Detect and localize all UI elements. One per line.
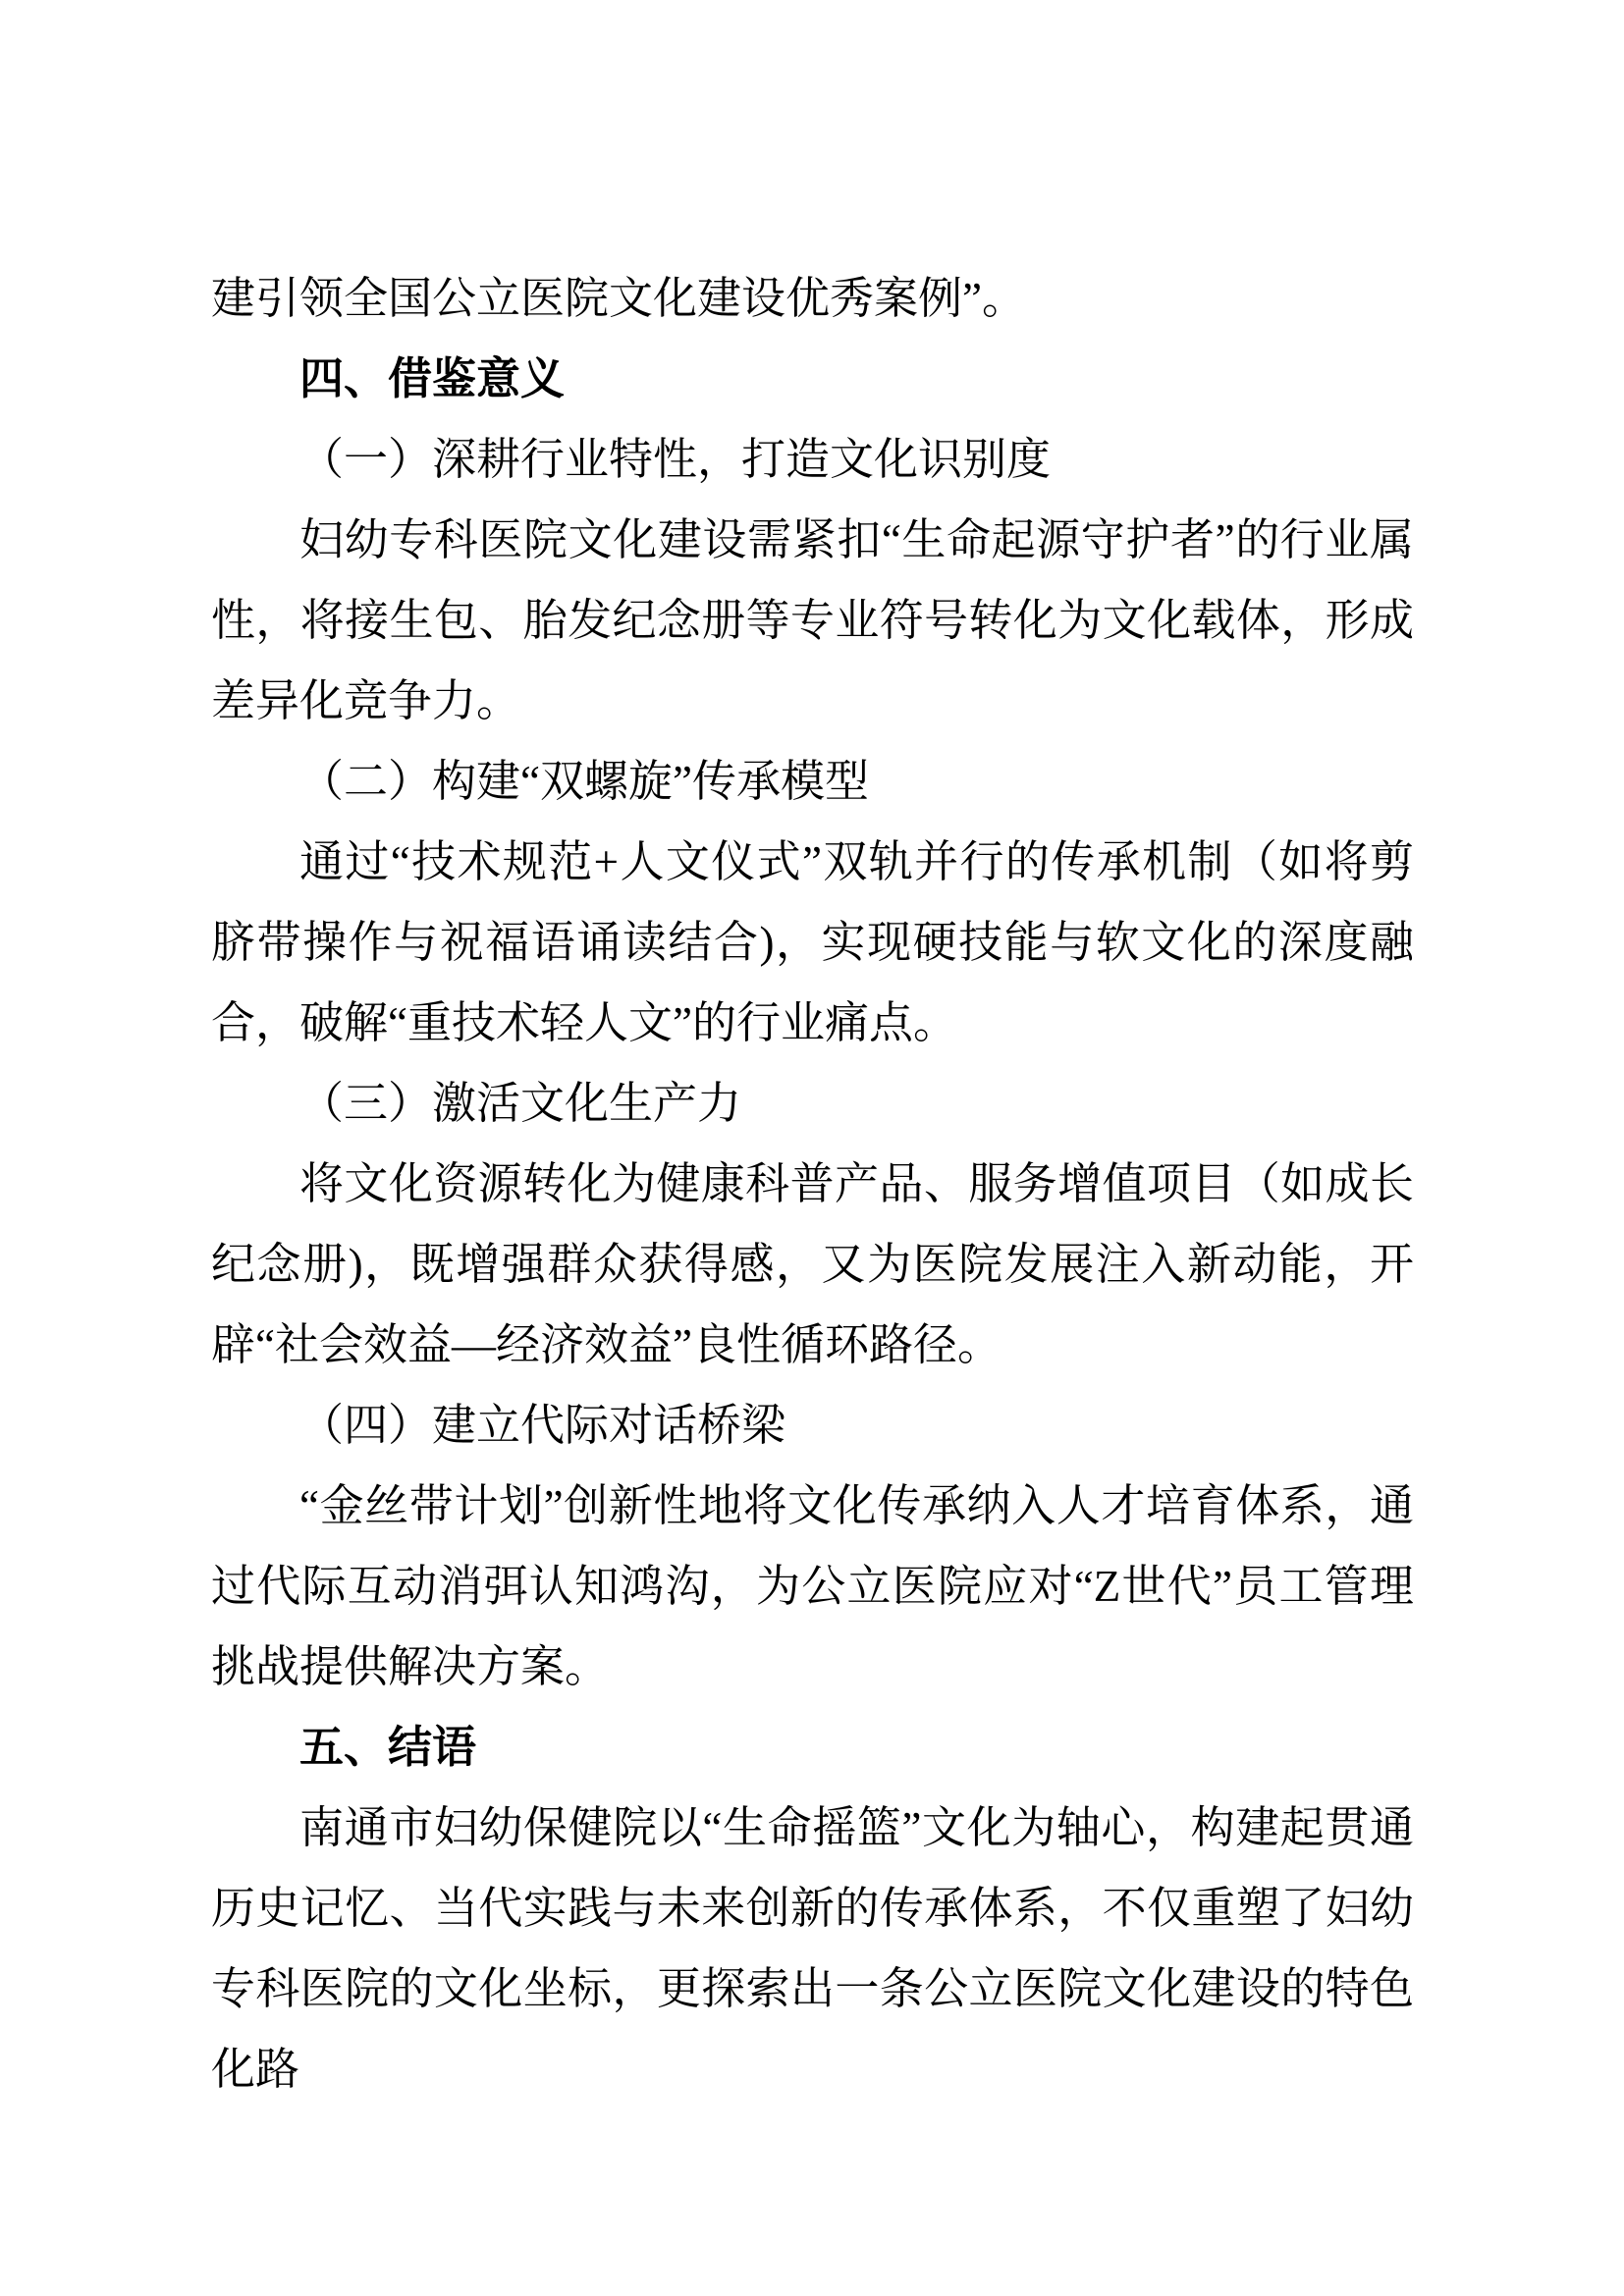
subsection-heading-2: （二）构建“双螺旋”传承模型 xyxy=(211,741,1414,822)
paragraph: 妇幼专科医院文化建设需紧扣“生命起源守护者”的行业属性，将接生包、胎发纪念册等专… xyxy=(211,500,1414,741)
section-heading-five: 五、结语 xyxy=(211,1707,1414,1788)
paragraph: 通过“技术规范+人文仪式”双轨并行的传承机制（如将剪脐带操作与祝福语诵读结合)，… xyxy=(211,822,1414,1063)
section-heading-four: 四、借鉴意义 xyxy=(211,339,1414,419)
paragraph: “金丝带计划”创新性地将文化传承纳入人才培育体系，通过代际互动消弭认知鸿沟，为公… xyxy=(211,1466,1414,1707)
document-page: 建引领全国公立医院文化建设优秀案例”。 四、借鉴意义 （一）深耕行业特性，打造文… xyxy=(0,0,1624,2296)
subsection-heading-4: （四）建立代际对话桥梁 xyxy=(211,1385,1414,1466)
paragraph: 将文化资源转化为健康科普产品、服务增值项目（如成长纪念册)，既增强群众获得感，又… xyxy=(211,1144,1414,1385)
subsection-heading-3: （三）激活文化生产力 xyxy=(211,1063,1414,1144)
subsection-heading-1: （一）深耕行业特性，打造文化识别度 xyxy=(211,419,1414,500)
paragraph-continuation: 建引领全国公立医院文化建设优秀案例”。 xyxy=(211,258,1414,339)
paragraph-cutoff: 南通市妇幼保健院以“生命摇篮”文化为轴心，构建起贯通历史记忆、当代实践与未来创新… xyxy=(211,1788,1414,2109)
